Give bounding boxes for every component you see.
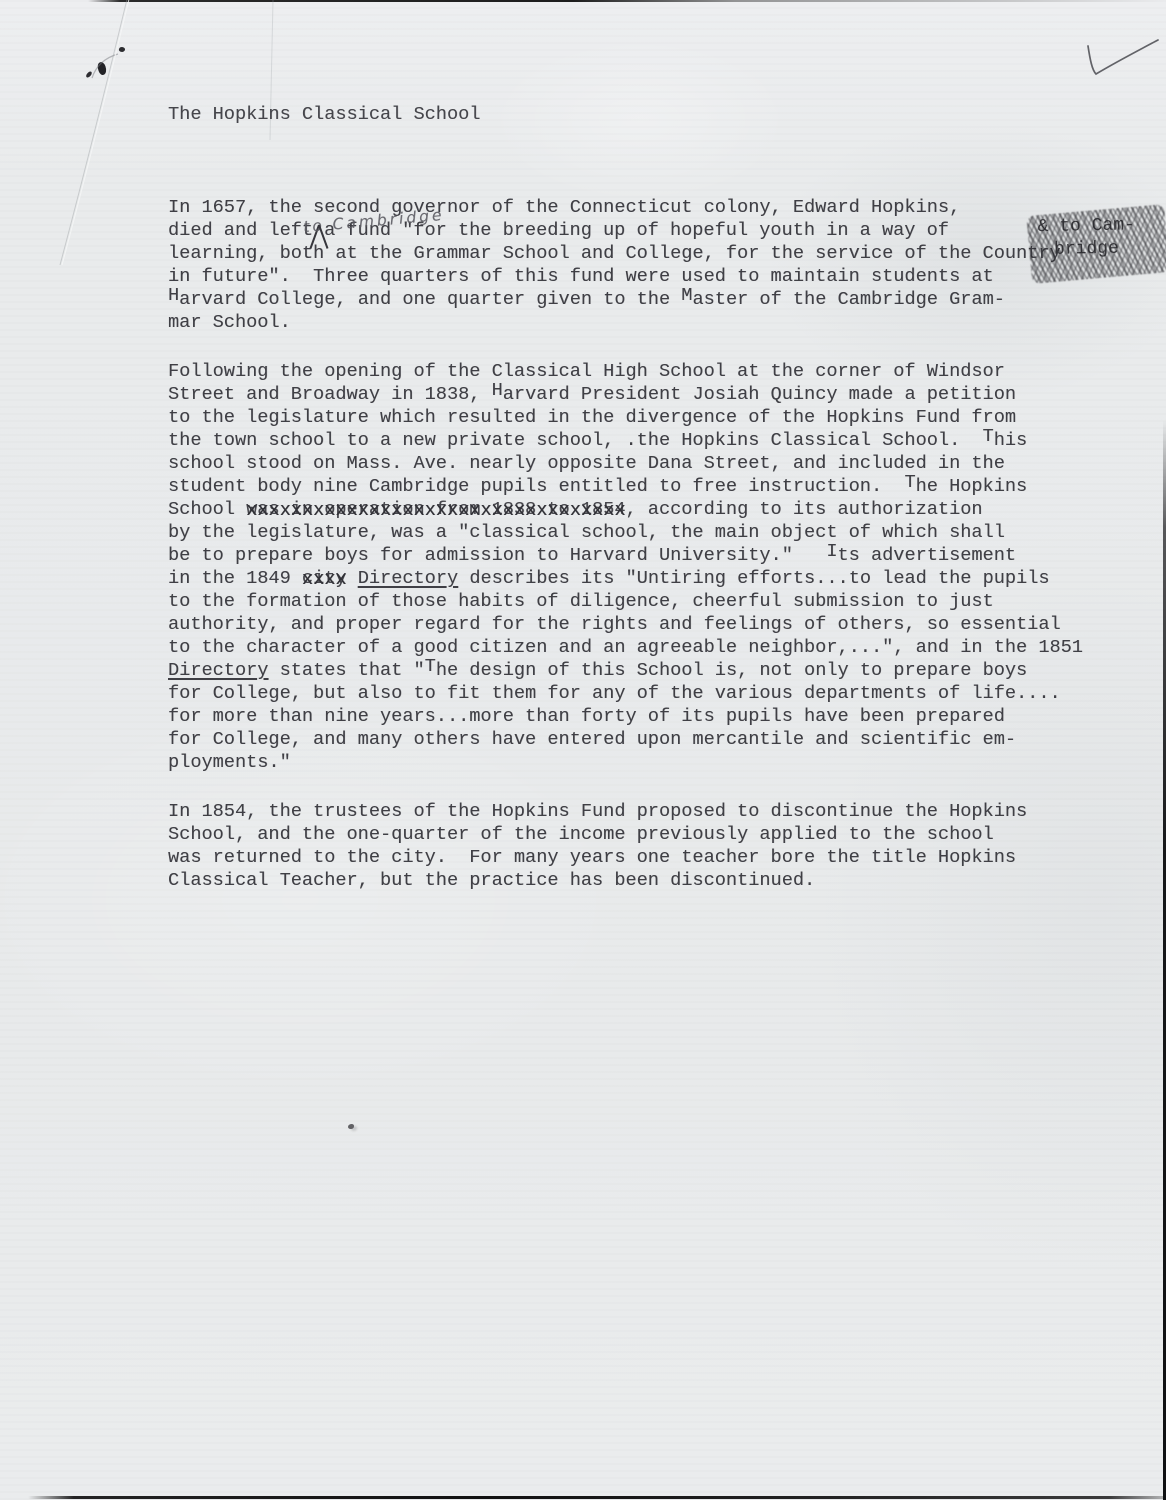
paragraph: In 1657, the second governor of the Conn… <box>168 196 1133 334</box>
text-segment: H <box>168 285 179 306</box>
struck-out-text: was in operation from 1838 to 1854xxxxxx… <box>246 498 625 521</box>
text-segment: H <box>492 380 503 401</box>
text-line: in future". Three quarters of this fund … <box>168 265 1133 288</box>
ink-blot <box>96 61 108 76</box>
text-line: for more than nine years...more than for… <box>168 705 1133 728</box>
typed-body: In 1657, the second governor of the Conn… <box>168 196 1133 918</box>
text-line: mar School. <box>168 311 1133 334</box>
text-line: Street and Broadway in 1838, Harvard Pre… <box>168 383 1133 406</box>
text-segment: T <box>425 656 436 677</box>
ink-speck <box>85 70 92 78</box>
underlined-text: Directory <box>358 568 458 589</box>
text-line: to the character of a good citizen and a… <box>168 636 1133 659</box>
struck-out-text: cityxxxx <box>302 567 347 590</box>
text-line: Directory states that "The design of thi… <box>168 659 1133 682</box>
text-line: be to prepare boys for admission to Harv… <box>168 544 1133 567</box>
text-line: ployments." <box>168 751 1133 774</box>
checkmark-annotation-icon <box>1088 40 1158 74</box>
text-segment: M <box>681 285 692 306</box>
text-line: was returned to the city. For many years… <box>168 846 1133 869</box>
scan-edge-bottom <box>28 1496 1166 1499</box>
text-line: by the legislature, was a "classical sch… <box>168 521 1133 544</box>
document-page: The Hopkins Classical School In 1657, th… <box>0 0 1166 1500</box>
underlined-text: Directory <box>168 660 268 681</box>
text-line: school stood on Mass. Ave. nearly opposi… <box>168 452 1133 475</box>
text-line: to the formation of those habits of dili… <box>168 590 1133 613</box>
text-line: Harvard College, and one quarter given t… <box>168 288 1133 311</box>
text-line: authority, and proper regard for the rig… <box>168 613 1133 636</box>
text-line: died and leftto Cambridgea fund "for the… <box>168 219 1133 242</box>
margin-scribble-note: & to Cam- bridge <box>1034 214 1165 272</box>
text-line: School was in operation from 1838 to 185… <box>168 498 1133 521</box>
text-line: student body nine Cambridge pupils entit… <box>168 475 1133 498</box>
text-segment: I <box>826 541 837 562</box>
text-line: for College, but also to fit them for an… <box>168 682 1133 705</box>
text-segment: T <box>904 472 915 493</box>
scribble-strikeout-overlay <box>1026 204 1166 284</box>
text-segment: T <box>983 426 994 447</box>
page-title: The Hopkins Classical School <box>168 103 480 126</box>
paper-speck <box>348 1124 354 1129</box>
text-line: Following the opening of the Classical H… <box>168 360 1133 383</box>
text-line: Classical Teacher, but the practice has … <box>168 869 1133 892</box>
text-line: in the 1849 cityxxxx Directory describes… <box>168 567 1133 590</box>
text-line: In 1854, the trustees of the Hopkins Fun… <box>168 800 1133 823</box>
handwritten-insertion-caret: to Cambridge <box>313 219 324 242</box>
ink-speck <box>118 46 125 52</box>
paragraph: Following the opening of the Classical H… <box>168 360 1133 774</box>
text-line: learning, both at the Grammar School and… <box>168 242 1133 265</box>
text-line: for College, and many others have entere… <box>168 728 1133 751</box>
text-line: School, and the one-quarter of the incom… <box>168 823 1133 846</box>
paper-crease <box>60 0 128 265</box>
paper-crease-highlight <box>62 0 130 265</box>
scan-edge-top <box>88 0 1166 2</box>
paragraph: In 1854, the trustees of the Hopkins Fun… <box>168 800 1133 892</box>
text-line: the town school to a new private school,… <box>168 429 1133 452</box>
